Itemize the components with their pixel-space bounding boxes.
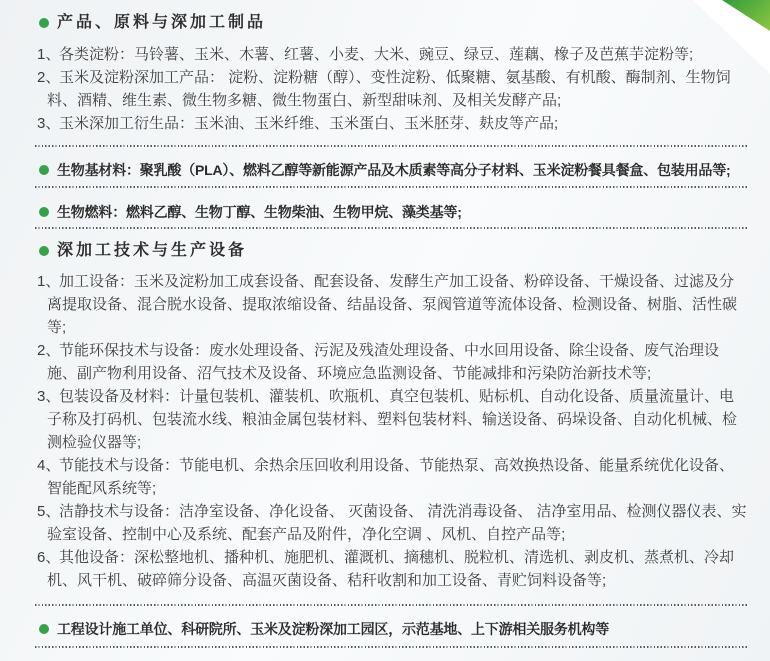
green-dot-icon [39,207,49,217]
item-text: 节能环保技术与设备：废水处理设备、污泥及残渣处理设备、中水回用设备、除尘设备、废… [47,342,719,382]
item-text: 各类淀粉：马铃薯、玉米、木薯、红薯、小麦、大米、豌豆、绿豆、莲藕、橡子及芭蕉芋淀… [59,46,693,63]
section-heading-label: 深加工技术与生产设备 [57,242,247,259]
green-dot-icon [39,165,49,175]
item-number: 1、 [37,270,60,293]
green-dot-icon [39,624,49,634]
dotted-separator [35,145,749,147]
item-text: 其他设备：深松整地机、播种机、施肥机、灌溉机、摘穗机、脱粒机、清选机、剥皮机、蒸… [47,549,734,589]
dotted-separator [35,227,749,229]
category-text: 工程设计施工单位、科研院所、玉米及淀粉深加工园区，示范基地、上下游相关服务机构等 [57,621,609,637]
list-item: 6、 其他设备：深松整地机、播种机、施肥机、灌溉机、摘穗机、脱粒机、清选机、剥皮… [0,546,770,592]
list-item: 2、 节能环保技术与设备：废水处理设备、污泥及残渣处理设备、中水回用设备、除尘设… [0,339,770,385]
item-text: 加工设备：玉米及淀粉加工成套设备、配套设备、发酵生产加工设备、粉碎设备、干燥设备… [47,273,737,336]
list-item: 3、 玉米深加工衍生品：玉米油、玉米纤维、玉米蛋白、玉米胚芽、麸皮等产品; [0,112,770,135]
products-list: 1、 各类淀粉：马铃薯、玉米、木薯、红薯、小麦、大米、豌豆、绿豆、莲藕、橡子及芭… [0,43,770,135]
section-heading-tech-equipment: 深加工技术与生产设备 [0,240,770,262]
item-number: 5、 [37,500,60,523]
tech-equipment-list: 1、 加工设备：玉米及淀粉加工成套设备、配套设备、发酵生产加工设备、粉碎设备、干… [0,270,770,592]
green-dot-icon [39,246,49,256]
category-bio-materials: 生物基材料：聚乳酸（PLA）、燃料乙醇等新能源产品及木质素等高分子材料、玉米淀粉… [0,160,770,180]
item-text: 玉米及淀粉深加工产品： 淀粉、淀粉糖（醇）、变性淀粉、低聚糖、氨基酸、有机酸、酶… [47,69,731,109]
list-item: 2、 玉米及淀粉深加工产品： 淀粉、淀粉糖（醇）、变性淀粉、低聚糖、氨基酸、有机… [0,66,770,112]
item-text: 节能技术与设备：节能电机、余热余压回收利用设备、节能热泵、高效换热设备、能量系统… [47,457,734,497]
flyer-page: 产品、原料与深加工制品 1、 各类淀粉：马铃薯、玉米、木薯、红薯、小麦、大米、豌… [0,0,770,661]
item-number: 4、 [37,454,60,477]
item-number: 1、 [37,43,60,66]
item-number: 6、 [37,546,60,569]
item-number: 3、 [37,385,60,408]
dotted-separator [35,604,749,606]
category-bio-fuel: 生物燃料：燃料乙醇、生物丁醇、生物柴油、生物甲烷、藻类基等; [0,202,770,222]
item-number: 2、 [37,66,60,89]
content-flow: 产品、原料与深加工制品 1、 各类淀粉：马铃薯、玉米、木薯、红薯、小麦、大米、豌… [0,12,770,648]
list-item: 1、 各类淀粉：马铃薯、玉米、木薯、红薯、小麦、大米、豌豆、绿豆、莲藕、橡子及芭… [0,43,770,66]
section-heading-label: 产品、原料与深加工制品 [57,14,266,31]
dotted-separator [35,646,749,648]
category-text: 生物基材料：聚乳酸（PLA）、燃料乙醇等新能源产品及木质素等高分子材料、玉米淀粉… [57,162,730,178]
list-item: 5、 洁静技术与设备：洁净室设备、净化设备、 灭菌设备、 清洗消毒设备、 洁净室… [0,500,770,546]
item-text: 包装设备及材料：计量包装机、灌装机、吹瓶机、真空包装机、贴标机、自动化设备、质量… [47,388,737,451]
dotted-separator [35,186,749,188]
item-text: 洁静技术与设备：洁净室设备、净化设备、 灭菌设备、 清洗消毒设备、 洁净室用品、… [47,503,747,543]
green-dot-icon [39,18,49,28]
item-text: 玉米深加工衍生品：玉米油、玉米纤维、玉米蛋白、玉米胚芽、麸皮等产品; [59,115,558,132]
item-number: 2、 [37,339,60,362]
category-services: 工程设计施工单位、科研院所、玉米及淀粉深加工园区，示范基地、上下游相关服务机构等 [0,619,770,639]
list-item: 4、 节能技术与设备：节能电机、余热余压回收利用设备、节能热泵、高效换热设备、能… [0,454,770,500]
list-item: 3、 包装设备及材料：计量包装机、灌装机、吹瓶机、真空包装机、贴标机、自动化设备… [0,385,770,454]
list-item: 1、 加工设备：玉米及淀粉加工成套设备、配套设备、发酵生产加工设备、粉碎设备、干… [0,270,770,339]
category-text: 生物燃料：燃料乙醇、生物丁醇、生物柴油、生物甲烷、藻类基等; [57,204,462,220]
section-heading-products: 产品、原料与深加工制品 [0,12,770,34]
item-number: 3、 [37,112,60,135]
